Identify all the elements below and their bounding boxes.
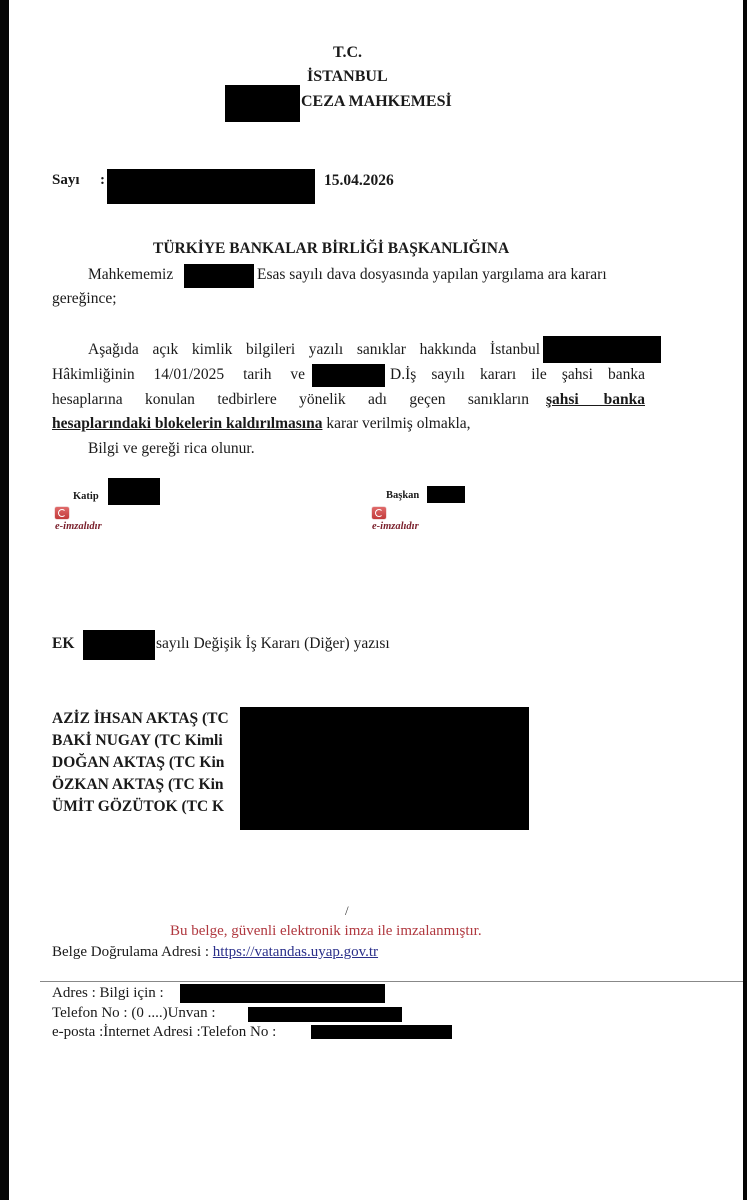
photo-border-right xyxy=(743,0,747,1200)
header-tc: T.C. xyxy=(333,44,362,62)
signature-katip-label: Katip xyxy=(73,491,99,502)
turkish-flag-icon xyxy=(372,507,386,519)
para1-line2: gereğince; xyxy=(52,290,117,308)
turkish-flag-icon xyxy=(55,507,69,519)
para2-line4: hesaplarındaki blokelerin kaldırılmasına… xyxy=(52,415,471,433)
redaction-katip-name xyxy=(108,478,160,505)
slash-mark: / xyxy=(345,903,349,919)
para2-closing: Bilgi ve gereği rica olunur. xyxy=(88,440,255,458)
defendant-row: ÖZKAN AKTAŞ (TC Kin xyxy=(52,774,229,796)
para2-line1: Aşağıda açık kimlik bilgileri yazılı san… xyxy=(88,341,540,359)
attachment-text: sayılı Değişik İş Kararı (Diğer) yazısı xyxy=(156,635,390,653)
katip-esig-text: e-imzalıdır xyxy=(55,521,102,532)
redaction-address xyxy=(180,984,385,1003)
para2-line3a: hesaplarına konulan tedbirlere yönelik a… xyxy=(52,391,529,409)
signature-baskan-label: Başkan xyxy=(386,490,419,501)
document-date: 15.04.2026 xyxy=(324,172,394,190)
para2-line2b: D.İş sayılı kararı ile şahsi banka xyxy=(390,366,645,384)
redaction-court-number xyxy=(225,85,300,122)
header-city: İSTANBUL xyxy=(307,68,388,86)
redaction-phone xyxy=(311,1025,452,1039)
para1-rest: Esas sayılı dava dosyasında yapılan yarg… xyxy=(257,266,607,284)
sayi-colon: : xyxy=(100,172,105,189)
esign-notice: Bu belge, güvenli elektronik imza ile im… xyxy=(170,923,482,940)
para2-line4-rest: karar verilmiş olmakla, xyxy=(322,415,470,432)
redaction-title xyxy=(248,1007,402,1022)
defendant-row: ÜMİT GÖZÜTOK (TC K xyxy=(52,796,229,818)
footer-address: Adres : Bilgi için : xyxy=(52,985,164,1002)
sayi-label: Sayı xyxy=(52,172,80,189)
header-court: CEZA MAHKEMESİ xyxy=(301,93,452,111)
redaction-court-name xyxy=(543,336,661,363)
redaction-id-numbers xyxy=(240,707,529,830)
verify-label: Belge Doğrulama Adresi : xyxy=(52,944,209,960)
verify-link[interactable]: https://vatandas.uyap.gov.tr xyxy=(213,944,378,960)
footer-phone: Telefon No : (0 ....)Unvan : xyxy=(52,1005,216,1022)
recipient-title: TÜRKİYE BANKALAR BİRLİĞİ BAŞKANLIĞINA xyxy=(153,240,509,258)
footer-divider xyxy=(40,981,743,982)
para2-line2a: Hâkimliğinin 14/01/2025 tarih ve xyxy=(52,366,305,384)
verify-row: Belge Doğrulama Adresi : https://vatanda… xyxy=(52,944,378,961)
photo-border-left xyxy=(0,0,9,1200)
defendant-row: BAKİ NUGAY (TC Kimli xyxy=(52,730,229,752)
attachment-label: EK xyxy=(52,635,74,653)
baskan-esig-text: e-imzalıdır xyxy=(372,521,419,532)
footer-email: e-posta :İnternet Adresi :Telefon No : xyxy=(52,1024,276,1041)
redaction-sayi-number xyxy=(107,169,315,204)
para2-line3b-emphasis: şahsi banka xyxy=(546,391,645,409)
redaction-case-number xyxy=(184,264,254,288)
defendants-list: AZİZ İHSAN AKTAŞ (TC BAKİ NUGAY (TC Kiml… xyxy=(52,708,229,818)
redaction-decision-number xyxy=(312,364,385,387)
defendant-row: DOĞAN AKTAŞ (TC Kin xyxy=(52,752,229,774)
redaction-attachment-number xyxy=(83,630,155,660)
para1-start: Mahkememiz xyxy=(88,266,173,284)
redaction-baskan-name xyxy=(427,486,465,503)
para2-emphasis: hesaplarındaki blokelerin kaldırılmasına xyxy=(52,415,322,432)
defendant-row: AZİZ İHSAN AKTAŞ (TC xyxy=(52,708,229,730)
